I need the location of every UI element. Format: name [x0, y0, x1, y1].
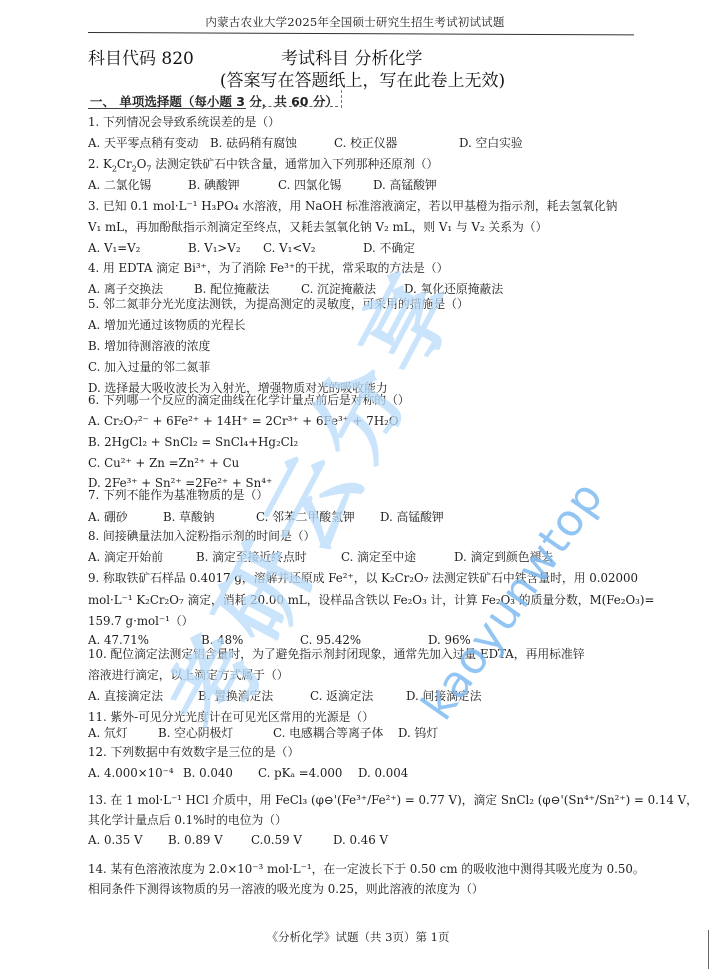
question-13-stem-line2: 其化学计量点后 0.1%时的电位为（）: [88, 811, 287, 829]
question-13-stem-line1: 13. 在 1 mol·L⁻¹ HCl 介质中，用 FeCl₃ (φ⊖'(Fe³…: [88, 791, 698, 809]
question-6-option-a: A. Cr₂O₇²⁻ + 6Fe²⁺ + 14H⁺ = 2Cr³⁺ + 6Fe³…: [88, 412, 399, 430]
option-c: C. V₁<V₂: [263, 239, 316, 257]
option-a: A. 0.35 V: [88, 831, 143, 849]
question-5-stem: 5. 邻二氮菲分光光度法测铁，为提高测定的灵敏度，可采用的措施是（）: [88, 295, 469, 313]
option-c: C. 返滴定法: [310, 687, 373, 705]
question-2-stem: 2. K2Cr2O7 法测定铁矿石中铁含量，通常加入下列那种还原剂（）: [88, 155, 438, 173]
question-5-option-c: C. 加入过量的邻二氮菲: [88, 358, 210, 376]
option-c: C. 四氯化锡: [278, 176, 341, 194]
option-d: D. 高锰酸钾: [380, 508, 444, 526]
option-b: B. 空心阴极灯: [158, 724, 233, 742]
option-a: A. 氘灯: [88, 724, 128, 742]
option-d: D. 高锰酸钾: [373, 176, 437, 194]
question-3-stem-line1: 3. 已知 0.1 mol·L⁻¹ H₃PO₄ 水溶液，用 NaOH 标准溶液滴…: [88, 197, 617, 215]
question-9-stem-line1: 9. 称取铁矿石样品 0.4017 g，溶解并还原成 Fe²⁺，以 K₂Cr₂O…: [88, 569, 638, 587]
option-b: B. 0.89 V: [168, 831, 223, 849]
question-6-option-b: B. 2HgCl₂ + SnCl₂ = SnCl₄+Hg₂Cl₂: [88, 433, 298, 451]
question-4-stem: 4. 用 EDTA 滴定 Bi³⁺，为了消除 Fe³⁺的干扰，常采取的方法是（）: [88, 259, 448, 277]
question-5-option-b: B. 增加待测溶液的浓度: [88, 337, 210, 355]
answer-note: (答案写在答题纸上，写在此卷上无效): [0, 66, 710, 91]
option-b: B. 砝码稍有腐蚀: [210, 134, 297, 152]
running-head: 内蒙古农业大学2025年全国硕士研究生招生考试初试试题: [0, 14, 710, 30]
option-d: D. 空白实验: [459, 134, 523, 152]
question-8-stem: 8. 间接碘量法加入淀粉指示剂的时间是（）: [88, 527, 315, 545]
option-b: B. 草酸钠: [163, 508, 215, 526]
option-b: B. 置换滴定法: [198, 687, 273, 705]
option-c: C. 滴定至中途: [341, 548, 416, 566]
section-dash: [253, 106, 338, 107]
option-c: C. 电感耦合等离子体: [273, 724, 383, 742]
question-9-stem-line2: mol·L⁻¹ K₂Cr₂O₇ 滴定，消耗 20.00 mL，设样品含铁以 Fe…: [88, 591, 654, 609]
question-6-option-c: C. Cu²⁺ + Zn =Zn²⁺ + Cu: [88, 454, 239, 472]
option-d: D. 滴定到颜色褪去: [454, 548, 553, 566]
question-14-stem-line2: 相同条件下测得该物质的另一溶液的吸光度为 0.25，则此溶液的浓度为（）: [88, 880, 484, 898]
header-rule: [88, 32, 634, 35]
question-9-stem-line3: 159.7 g·mol⁻¹（）: [88, 612, 193, 630]
section-vbar: [341, 90, 342, 108]
question-10-stem-line1: 10. 配位滴定法测定铝含量时，为了避免指示剂封闭现象，通常先加入过量 EDTA…: [88, 645, 585, 663]
exam-page: 内蒙古农业大学2025年全国硕士研究生招生考试初试试题 科目代码 820 考试科…: [0, 0, 710, 969]
option-a: A. 直接滴定法: [88, 687, 163, 705]
option-a: A. V₁=V₂: [88, 239, 140, 257]
page-footer: 《分析化学》试题（共 3页）第 1页: [0, 929, 710, 945]
option-a: A. 天平零点稍有变动: [88, 134, 198, 152]
option-d: D. 不确定: [363, 239, 415, 257]
option-d: D. 0.46 V: [333, 831, 388, 849]
option-a: A. 二氯化锡: [88, 176, 151, 194]
question-7-stem: 7. 下列不能作为基准物质的是（）: [88, 486, 268, 504]
question-3-stem-line2: V₁ mL，再加酚酞指示剂滴定至终点，又耗去氢氧化钠 V₂ mL，则 V₁ 与 …: [88, 218, 547, 236]
option-b: B. 0.040: [183, 764, 233, 782]
option-c: C. pKₐ =4.000: [258, 764, 342, 782]
option-c: C.0.59 V: [251, 831, 302, 849]
option-c: C. 邻苯二甲酸氢钾: [256, 508, 355, 526]
question-5-option-a: A. 增加光通过该物质的光程长: [88, 316, 246, 334]
question-6-stem: 6. 下列哪一个反应的滴定曲线在化学计量点前后是对称的（）: [88, 391, 410, 409]
question-10-stem-line2: 溶液进行滴定，以上滴定方式属于（）: [88, 666, 289, 684]
option-b: B. 碘酸钾: [188, 176, 240, 194]
scan-edge-mark: [708, 930, 709, 969]
question-1-stem: 1. 下列情况会导致系统误差的是（）: [88, 113, 280, 131]
option-d: D. 0.004: [358, 764, 408, 782]
option-c: C. 校正仪器: [334, 134, 397, 152]
section-underline: [88, 108, 246, 109]
option-a: A. 硼砂: [88, 508, 128, 526]
option-d: D. 间接滴定法: [406, 687, 482, 705]
option-b: B. V₁>V₂: [188, 239, 241, 257]
option-d: D. 钨灯: [398, 724, 438, 742]
option-a: A. 滴定开始前: [88, 548, 163, 566]
question-14-stem-line1: 14. 某有色溶液浓度为 2.0×10⁻³ mol·L⁻¹，在一定波长下于 0.…: [88, 860, 645, 878]
option-a: A. 4.000×10⁻⁴: [88, 764, 174, 782]
option-b: B. 滴定至接近终点时: [196, 548, 307, 566]
question-12-stem: 12. 下列数据中有效数字是三位的是（）: [88, 743, 299, 761]
